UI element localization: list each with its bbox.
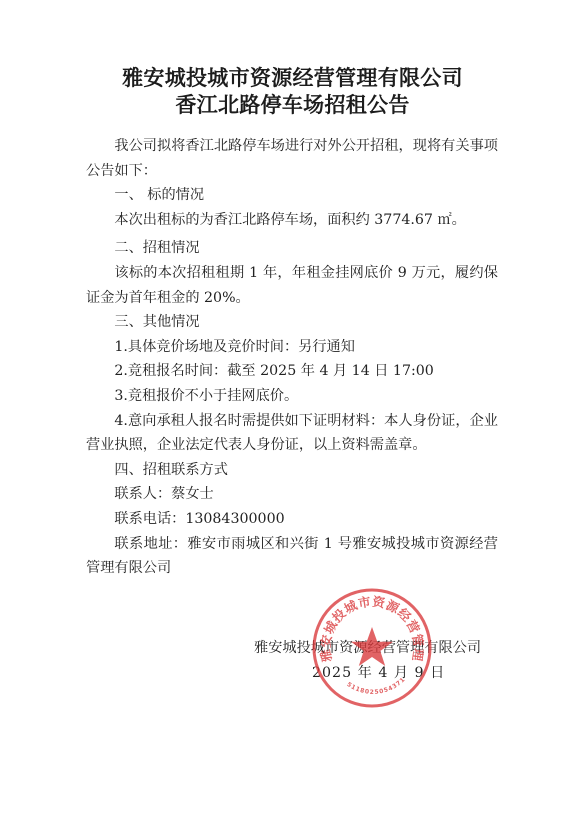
section-heading-1: 一、 标的情况 (86, 183, 498, 208)
other-item-1: 1.具体竞价场地及竞价时间：另行通知 (86, 335, 498, 360)
other-item-2: 2.竞租报名时间：截至 2025 年 4 月 14 日 17:00 (86, 359, 498, 384)
contact-address: 联系地址：雅安市雨城区和兴街 1 号雅安城投城市资源经营管理有限公司 (86, 532, 498, 581)
section-heading-2: 二、招租情况 (86, 236, 498, 261)
document-title-line2: 香江北路停车场招租公告 (0, 91, 585, 118)
other-item-3: 3.竞租报价不小于挂网底价。 (86, 384, 498, 409)
signature-date: 2025 年 4 月 9 日 (312, 662, 445, 682)
contact-phone: 联系电话：13084300000 (86, 507, 498, 532)
intro-paragraph: 我公司拟将香江北路停车场进行对外公开招租，现将有关事项公告如下： (86, 134, 498, 183)
document-page: 雅安城投城市资源经营管理有限公司 香江北路停车场招租公告 我公司拟将香江北路停车… (0, 0, 585, 825)
document-title-line1: 雅安城投城市资源经营管理有限公司 (0, 64, 585, 91)
section-heading-4: 四、招租联系方式 (86, 458, 498, 483)
section-1-content: 本次出租标的为香江北路停车场，面积约 3774.67 ㎡。 (86, 208, 498, 233)
signature-company: 雅安城投城市资源经营管理有限公司 (254, 637, 481, 657)
section-2-content: 该标的本次招租租期 1 年，年租金挂网底价 9 万元，履约保证金为首年租金的 2… (86, 261, 498, 310)
section-heading-3: 三、其他情况 (86, 310, 498, 335)
other-item-4: 4.意向承租人报名时需提供如下证明材料：本人身份证，企业营业执照，企业法定代表人… (86, 409, 498, 458)
document-body: 我公司拟将香江北路停车场进行对外公开招租，现将有关事项公告如下： 一、 标的情况… (86, 134, 498, 581)
contact-person: 联系人：蔡女士 (86, 482, 498, 507)
